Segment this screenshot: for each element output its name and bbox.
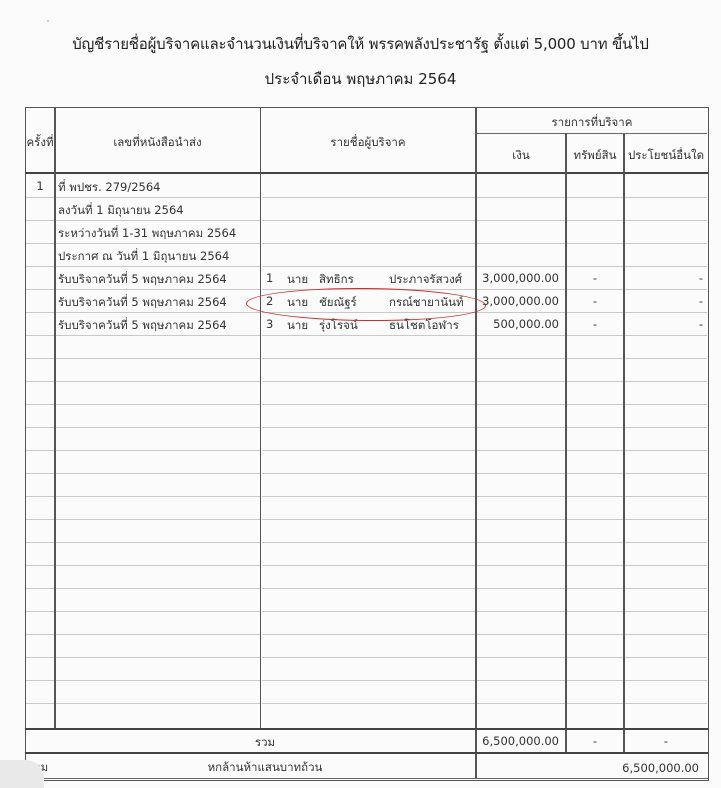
- row-line: [625, 381, 707, 382]
- row-line: [567, 657, 623, 658]
- row-line: [26, 335, 54, 336]
- row-line: [26, 427, 54, 428]
- row-line: [477, 680, 565, 681]
- row-line: [625, 289, 707, 290]
- scan-speck: [47, 20, 49, 22]
- row-line: [625, 703, 707, 704]
- row-line: [56, 703, 260, 704]
- row-line: [56, 542, 260, 543]
- row-line: [56, 519, 260, 520]
- row-line: [262, 381, 475, 382]
- header-letter-no: เลขที่หนังสือนำส่ง: [55, 134, 260, 152]
- row-line: [26, 197, 54, 198]
- donor-no: 1: [266, 271, 273, 285]
- amount-in-words: หกล้านห้าแสนบาทถ้วน: [55, 759, 475, 777]
- donor-assets: -: [567, 317, 623, 331]
- row-line: [567, 634, 623, 635]
- letter-line: ระหว่างวันที่ 1-31 พฤษภาคม 2564: [58, 225, 236, 243]
- header-other-benefits: ประโยชน์อื่นใด: [625, 147, 707, 165]
- row-line: [625, 335, 707, 336]
- row-line: [625, 634, 707, 635]
- total-other: -: [625, 734, 707, 748]
- row-line: [567, 335, 623, 336]
- donor-other: -: [625, 294, 703, 308]
- row-line: [26, 565, 54, 566]
- row-line: [567, 312, 623, 313]
- donor-money: 3,000,000.00: [477, 271, 559, 285]
- row-line: [625, 266, 707, 267]
- row-line: [262, 519, 475, 520]
- row-line: [625, 519, 707, 520]
- body-bottom-line: [25, 728, 708, 730]
- row-line: [26, 634, 54, 635]
- row-line: [56, 634, 260, 635]
- row-line: [477, 657, 565, 658]
- row-line: [26, 289, 54, 290]
- row-line: [477, 312, 565, 313]
- row-line: [26, 312, 54, 313]
- row-line: [567, 680, 623, 681]
- col-line-letter: [260, 107, 261, 728]
- row-line: [56, 680, 260, 681]
- corner-overlay: [0, 760, 44, 788]
- header-donation-items: รายการที่บริจาค: [477, 114, 707, 132]
- row-line: [625, 358, 707, 359]
- row-line: [26, 680, 54, 681]
- donor-no: 3: [266, 317, 273, 331]
- row-line: [262, 266, 475, 267]
- row-line: [625, 611, 707, 612]
- row-line: [262, 542, 475, 543]
- header-donor-name: รายชื่อผู้บริจาค: [261, 134, 475, 152]
- row-line: [262, 473, 475, 474]
- row-line: [567, 358, 623, 359]
- total-bottom-line: [25, 752, 708, 754]
- row-line: [56, 450, 260, 451]
- row-line: [56, 427, 260, 428]
- row-line: [477, 220, 565, 221]
- row-line: [477, 542, 565, 543]
- row-line: [262, 657, 475, 658]
- row-line: [56, 197, 260, 198]
- col-line-money: [565, 133, 567, 752]
- row-line: [477, 381, 565, 382]
- row-line: [625, 657, 707, 658]
- row-line: [56, 289, 260, 290]
- donor-last-name: ประภาจรัสวงศ์: [389, 271, 462, 289]
- row-line: [56, 657, 260, 658]
- total-assets: -: [567, 734, 623, 748]
- row-line: [26, 611, 54, 612]
- row-line: [56, 220, 260, 221]
- letter-line: รับบริจาควันที่ 5 พฤษภาคม 2564: [58, 271, 227, 289]
- row-line: [56, 312, 260, 313]
- row-line: [567, 542, 623, 543]
- row-line: [56, 496, 260, 497]
- row-line: [567, 427, 623, 428]
- row-line: [567, 450, 623, 451]
- row-line: [262, 588, 475, 589]
- row-line: [26, 266, 54, 267]
- row-line: [625, 588, 707, 589]
- row-line: [26, 450, 54, 451]
- row-line: [56, 266, 260, 267]
- row-line: [567, 266, 623, 267]
- letter-line: รับบริจาควันที่ 5 พฤษภาคม 2564: [58, 294, 227, 312]
- row-line: [477, 703, 565, 704]
- row-line: [262, 565, 475, 566]
- header-assets: ทรัพย์สิน: [567, 147, 623, 165]
- row-line: [477, 358, 565, 359]
- row-line: [567, 289, 623, 290]
- row-line: [56, 243, 260, 244]
- donor-prefix: นาย: [287, 317, 308, 335]
- row-line: [625, 220, 707, 221]
- row-line: [477, 197, 565, 198]
- row-line: [477, 335, 565, 336]
- donor-first-name: สิทธิกร: [319, 271, 354, 289]
- row-line: [625, 496, 707, 497]
- row-line: [26, 358, 54, 359]
- donor-other: -: [625, 271, 703, 285]
- row-line: [477, 473, 565, 474]
- row-line: [262, 220, 475, 221]
- row-line: [477, 519, 565, 520]
- row-line: [477, 404, 565, 405]
- row-line: [477, 266, 565, 267]
- row-line: [567, 496, 623, 497]
- row-line: [262, 335, 475, 336]
- document-subtitle: ประจำเดือน พฤษภาคม 2564: [0, 67, 721, 91]
- row-line: [56, 335, 260, 336]
- row-line: [56, 473, 260, 474]
- col-line-donor: [475, 107, 477, 779]
- row-line: [26, 703, 54, 704]
- row-line: [567, 381, 623, 382]
- subheader-line: [476, 133, 707, 134]
- donor-other: -: [625, 317, 703, 331]
- row-line: [567, 565, 623, 566]
- header-seq: ครั้งที่: [25, 134, 55, 152]
- row-line: [262, 634, 475, 635]
- row-line: [262, 703, 475, 704]
- total-money: 6,500,000.00: [477, 734, 559, 748]
- header-bottom-line: [25, 172, 708, 174]
- row-line: [26, 519, 54, 520]
- row-line: [625, 565, 707, 566]
- letter-line: ลงวันที่ 1 มิถุนายน 2564: [58, 202, 184, 220]
- row-line: [625, 312, 707, 313]
- row-line: [26, 243, 54, 244]
- header-money: เงิน: [477, 147, 565, 165]
- donor-money: 500,000.00: [477, 317, 559, 331]
- row-line: [56, 358, 260, 359]
- row-line: [26, 657, 54, 658]
- row-line: [625, 680, 707, 681]
- row-line: [262, 358, 475, 359]
- row-line: [567, 404, 623, 405]
- row-line: [625, 542, 707, 543]
- grand-total-amount: 6,500,000.00: [477, 761, 699, 775]
- row-line: [625, 404, 707, 405]
- seq-number: 1: [25, 179, 55, 193]
- row-line: [26, 404, 54, 405]
- row-line: [262, 680, 475, 681]
- row-line: [262, 243, 475, 244]
- row-line: [26, 220, 54, 221]
- row-line: [567, 473, 623, 474]
- row-line: [262, 450, 475, 451]
- row-line: [26, 542, 54, 543]
- row-line: [477, 611, 565, 612]
- letter-line: ประกาศ ณ วันที่ 1 มิถุนายน 2564: [58, 248, 229, 266]
- row-line: [625, 450, 707, 451]
- letter-line: ที่ พปชร. 279/2564: [58, 179, 161, 197]
- row-line: [567, 519, 623, 520]
- row-line: [26, 473, 54, 474]
- row-line: [477, 496, 565, 497]
- donor-assets: -: [567, 271, 623, 285]
- row-line: [567, 243, 623, 244]
- row-line: [56, 588, 260, 589]
- row-line: [477, 427, 565, 428]
- donor-money: 3,000,000.00: [477, 294, 559, 308]
- document-title: บัญชีรายชื่อผู้บริจาคและจำนวนเงินที่บริจ…: [0, 32, 721, 56]
- row-line: [477, 565, 565, 566]
- donor-prefix: นาย: [287, 271, 308, 289]
- row-line: [625, 243, 707, 244]
- donor-assets: -: [567, 294, 623, 308]
- row-line: [625, 427, 707, 428]
- row-line: [56, 381, 260, 382]
- row-line: [262, 404, 475, 405]
- row-line: [26, 496, 54, 497]
- total-label: รวม: [55, 734, 475, 752]
- row-line: [477, 289, 565, 290]
- row-line: [262, 427, 475, 428]
- grand-total-bottom-line: [25, 778, 708, 779]
- row-line: [625, 473, 707, 474]
- row-line: [262, 611, 475, 612]
- row-line: [625, 197, 707, 198]
- row-line: [56, 611, 260, 612]
- row-line: [477, 588, 565, 589]
- row-line: [567, 703, 623, 704]
- letter-line: รับบริจาควันที่ 5 พฤษภาคม 2564: [58, 317, 227, 335]
- row-line: [262, 496, 475, 497]
- row-line: [567, 197, 623, 198]
- row-line: [262, 197, 475, 198]
- row-line: [477, 243, 565, 244]
- row-line: [56, 404, 260, 405]
- row-line: [477, 450, 565, 451]
- row-line: [567, 588, 623, 589]
- row-line: [26, 381, 54, 382]
- col-line-assets: [623, 133, 625, 752]
- row-line: [26, 588, 54, 589]
- row-line: [56, 565, 260, 566]
- row-line: [567, 611, 623, 612]
- row-line: [477, 634, 565, 635]
- row-line: [567, 220, 623, 221]
